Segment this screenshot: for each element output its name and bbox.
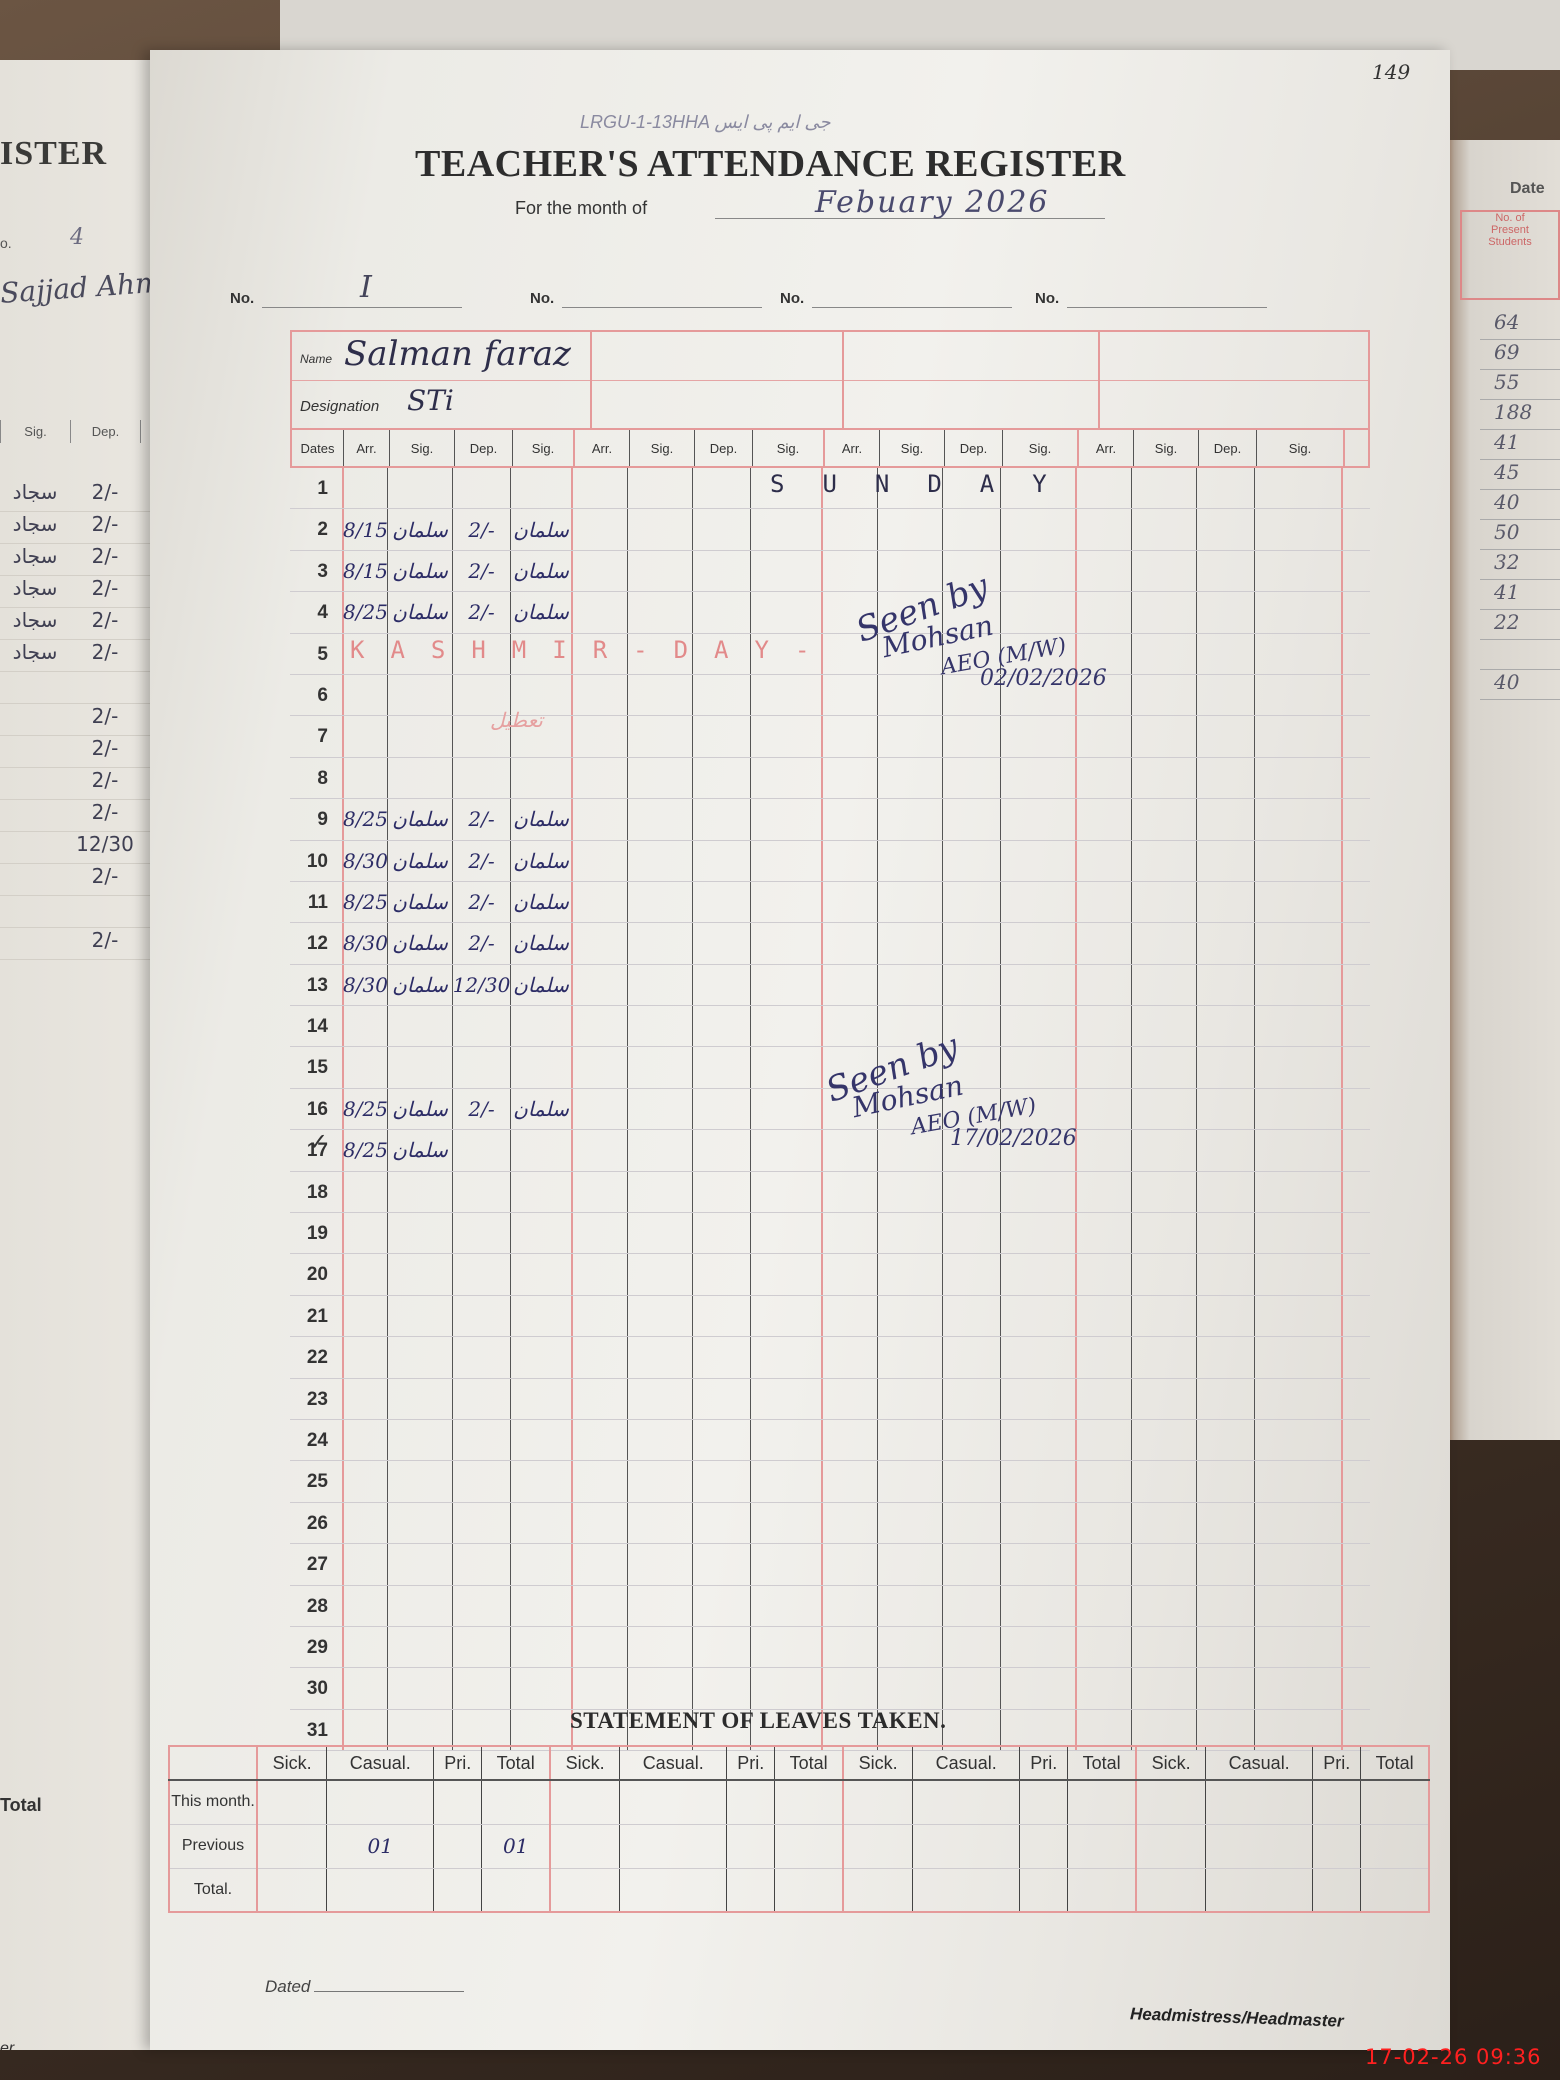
cell-group1-sig1[interactable]: سلمان: [388, 592, 453, 632]
cell-group4-sig2[interactable]: [1255, 1254, 1343, 1294]
cell-group3-sig2[interactable]: [1001, 1254, 1077, 1294]
cell-group2-sig1[interactable]: [628, 551, 693, 591]
cell-group3-sig1[interactable]: [878, 923, 943, 963]
cell-group3-dep[interactable]: [943, 882, 1001, 922]
cell-group2-sig2[interactable]: [751, 1627, 823, 1667]
cell-group1-dep[interactable]: [453, 1586, 511, 1626]
cell-group1-sig1[interactable]: [388, 758, 453, 798]
cell-group4-dep[interactable]: [1197, 1089, 1255, 1129]
cell-group1-sig1[interactable]: [388, 1503, 453, 1543]
cell-group4-dep[interactable]: [1197, 841, 1255, 881]
cell-group2-arr[interactable]: [573, 1006, 628, 1046]
cell-group1-dep[interactable]: [453, 1172, 511, 1212]
cell-group1-arr[interactable]: [342, 1337, 388, 1377]
cell-group2-sig1[interactable]: [628, 1130, 693, 1170]
cell-group2-sig2[interactable]: [751, 1668, 823, 1708]
leaves-cell-3-3[interactable]: [1020, 1824, 1068, 1868]
cell-group4-sig2[interactable]: [1255, 1172, 1343, 1212]
cell-group4-arr[interactable]: [1077, 1254, 1132, 1294]
leaves-cell-4-2[interactable]: [1206, 1780, 1313, 1824]
leaves-cell-2-3[interactable]: [727, 1780, 775, 1824]
teacher-no-field-4[interactable]: No.: [1035, 290, 1267, 308]
cell-group3-sig1[interactable]: [878, 1586, 943, 1626]
cell-group1-sig2[interactable]: سلمان: [511, 1089, 573, 1129]
cell-group2-arr[interactable]: [573, 1089, 628, 1129]
cell-group4-dep[interactable]: [1197, 468, 1255, 508]
cell-group4-sig2[interactable]: [1255, 923, 1343, 963]
cell-group2-sig2[interactable]: [751, 1420, 823, 1460]
cell-group4-sig1[interactable]: [1132, 509, 1197, 549]
cell-group2-sig1[interactable]: [628, 1544, 693, 1584]
cell-group2-sig1[interactable]: [628, 1337, 693, 1377]
cell-group1-sig1[interactable]: [388, 1254, 453, 1294]
cell-group3-sig1[interactable]: [878, 1420, 943, 1460]
cell-group3-sig1[interactable]: [878, 716, 943, 756]
cell-group1-arr[interactable]: 8/30: [342, 923, 388, 963]
cell-group1-sig1[interactable]: [388, 1006, 453, 1046]
cell-group4-arr[interactable]: [1077, 1130, 1132, 1170]
cell-group3-arr[interactable]: [823, 1503, 878, 1543]
cell-group4-sig2[interactable]: [1255, 1047, 1343, 1087]
cell-group4-arr[interactable]: [1077, 1337, 1132, 1377]
cell-group1-sig2[interactable]: [511, 1379, 573, 1419]
leaves-cell-2-1[interactable]: [550, 1780, 620, 1824]
cell-group3-arr[interactable]: [823, 1337, 878, 1377]
cell-group1-sig2[interactable]: سلمان: [511, 923, 573, 963]
cell-group3-sig2[interactable]: [1001, 1420, 1077, 1460]
cell-group4-sig1[interactable]: [1132, 551, 1197, 591]
cell-group2-dep[interactable]: [693, 551, 751, 591]
cell-group2-arr[interactable]: [573, 965, 628, 1005]
cell-group1-sig1[interactable]: [388, 1586, 453, 1626]
cell-group2-arr[interactable]: [573, 1254, 628, 1294]
leaves-cell-1-3[interactable]: [434, 1824, 482, 1868]
cell-group1-arr[interactable]: 8/15: [342, 509, 388, 549]
cell-group2-arr[interactable]: [573, 716, 628, 756]
cell-group2-sig2[interactable]: [751, 1503, 823, 1543]
cell-group3-dep[interactable]: [943, 1337, 1001, 1377]
cell-group3-sig2[interactable]: [1001, 882, 1077, 922]
cell-group2-sig1[interactable]: [628, 592, 693, 632]
cell-group1-arr[interactable]: 8/25: [342, 592, 388, 632]
cell-group4-arr[interactable]: [1077, 758, 1132, 798]
cell-group3-sig2[interactable]: [1001, 923, 1077, 963]
cell-group2-dep[interactable]: [693, 1254, 751, 1294]
cell-group4-dep[interactable]: [1197, 1254, 1255, 1294]
cell-group2-sig1[interactable]: [628, 1503, 693, 1543]
cell-group2-sig2[interactable]: [751, 1130, 823, 1170]
cell-group4-dep[interactable]: [1197, 965, 1255, 1005]
cell-group1-sig2[interactable]: [511, 1420, 573, 1460]
cell-group2-sig2[interactable]: [751, 1544, 823, 1584]
cell-group2-sig1[interactable]: [628, 1089, 693, 1129]
cell-group3-dep[interactable]: [943, 1420, 1001, 1460]
cell-group2-arr[interactable]: [573, 1130, 628, 1170]
cell-group4-arr[interactable]: [1077, 1627, 1132, 1667]
leaves-cell-1-2[interactable]: [327, 1780, 434, 1824]
leaves-cell-1-4[interactable]: [482, 1868, 550, 1912]
cell-group3-sig2[interactable]: [1001, 758, 1077, 798]
cell-group4-arr[interactable]: [1077, 1668, 1132, 1708]
cell-group2-sig2[interactable]: [751, 1296, 823, 1336]
cell-group1-arr[interactable]: [342, 1047, 388, 1087]
cell-group4-sig2[interactable]: [1255, 1544, 1343, 1584]
leaves-cell-4-4[interactable]: [1361, 1868, 1429, 1912]
cell-group1-arr[interactable]: 8/25: [342, 799, 388, 839]
cell-group2-arr[interactable]: [573, 1172, 628, 1212]
cell-group1-sig2[interactable]: سلمان: [511, 965, 573, 1005]
cell-group2-sig2[interactable]: [751, 1461, 823, 1501]
cell-group1-dep[interactable]: [453, 1254, 511, 1294]
cell-group1-sig2[interactable]: سلمان: [511, 799, 573, 839]
cell-group2-dep[interactable]: [693, 1172, 751, 1212]
cell-group1-sig1[interactable]: سلمان: [388, 799, 453, 839]
cell-group1-sig2[interactable]: [511, 1006, 573, 1046]
cell-group1-arr[interactable]: [342, 1254, 388, 1294]
cell-group3-dep[interactable]: [943, 1503, 1001, 1543]
cell-group3-sig1[interactable]: [878, 1461, 943, 1501]
cell-group1-sig1[interactable]: [388, 1296, 453, 1336]
cell-group3-dep[interactable]: [943, 1668, 1001, 1708]
cell-group2-sig1[interactable]: [628, 923, 693, 963]
cell-group4-arr[interactable]: [1077, 1047, 1132, 1087]
cell-group3-dep[interactable]: [943, 1379, 1001, 1419]
cell-group3-arr[interactable]: [823, 882, 878, 922]
cell-group2-dep[interactable]: [693, 923, 751, 963]
cell-group4-sig1[interactable]: [1132, 1254, 1197, 1294]
leaves-cell-2-3[interactable]: [727, 1868, 775, 1912]
cell-group3-arr[interactable]: [823, 965, 878, 1005]
cell-group2-dep[interactable]: [693, 1130, 751, 1170]
cell-group2-arr[interactable]: [573, 551, 628, 591]
cell-group2-dep[interactable]: [693, 1627, 751, 1667]
cell-group1-sig1[interactable]: [388, 1047, 453, 1087]
cell-group1-sig1[interactable]: [388, 1420, 453, 1460]
cell-group2-dep[interactable]: [693, 592, 751, 632]
cell-group2-arr[interactable]: [573, 1337, 628, 1377]
cell-group1-sig2[interactable]: سلمان: [511, 882, 573, 922]
cell-group4-sig1[interactable]: [1132, 1213, 1197, 1253]
cell-group1-dep[interactable]: [453, 1379, 511, 1419]
cell-group4-sig2[interactable]: [1255, 551, 1343, 591]
cell-group1-dep[interactable]: 2/-: [453, 799, 511, 839]
cell-group2-dep[interactable]: [693, 1461, 751, 1501]
cell-group1-arr[interactable]: 8/25: [342, 1089, 388, 1129]
cell-group4-sig1[interactable]: [1132, 799, 1197, 839]
cell-group4-arr[interactable]: [1077, 965, 1132, 1005]
teacher-info-cell-4[interactable]: [1100, 332, 1368, 428]
cell-group1-sig2[interactable]: سلمان: [511, 509, 573, 549]
cell-group2-sig1[interactable]: [628, 468, 693, 508]
cell-group3-dep[interactable]: [943, 1213, 1001, 1253]
cell-group2-arr[interactable]: [573, 1668, 628, 1708]
cell-group2-sig2[interactable]: [751, 1047, 823, 1087]
cell-group3-dep[interactable]: [943, 509, 1001, 549]
cell-group2-sig1[interactable]: [628, 1296, 693, 1336]
cell-group3-arr[interactable]: [823, 1627, 878, 1667]
teacher-no-field-3[interactable]: No.: [780, 290, 1012, 308]
leaves-cell-4-2[interactable]: [1206, 1868, 1313, 1912]
cell-group2-sig1[interactable]: [628, 1213, 693, 1253]
cell-group4-arr[interactable]: [1077, 1089, 1132, 1129]
leaves-cell-3-2[interactable]: [913, 1824, 1020, 1868]
leaves-cell-2-4[interactable]: [775, 1780, 843, 1824]
cell-group1-sig2[interactable]: [511, 1627, 573, 1667]
cell-group1-sig1[interactable]: [388, 1172, 453, 1212]
cell-group1-sig2[interactable]: [511, 1213, 573, 1253]
cell-group3-arr[interactable]: [823, 1420, 878, 1460]
cell-group1-sig1[interactable]: [388, 716, 453, 756]
cell-group1-sig1[interactable]: [388, 1627, 453, 1667]
cell-group1-arr[interactable]: [342, 1461, 388, 1501]
cell-group4-sig2[interactable]: [1255, 509, 1343, 549]
cell-group4-sig1[interactable]: [1132, 1296, 1197, 1336]
teacher-info-cell-1[interactable]: Name Salman faraz Designation STi: [292, 332, 592, 428]
cell-group2-dep[interactable]: [693, 841, 751, 881]
cell-group2-dep[interactable]: [693, 675, 751, 715]
cell-group3-sig2[interactable]: [1001, 1172, 1077, 1212]
cell-group3-dep[interactable]: [943, 799, 1001, 839]
cell-group2-sig1[interactable]: [628, 1006, 693, 1046]
cell-group4-dep[interactable]: [1197, 1213, 1255, 1253]
cell-group2-arr[interactable]: [573, 1627, 628, 1667]
cell-group1-sig1[interactable]: سلمان: [388, 509, 453, 549]
cell-group2-arr[interactable]: [573, 675, 628, 715]
cell-group4-dep[interactable]: [1197, 551, 1255, 591]
cell-group1-sig2[interactable]: سلمان: [511, 841, 573, 881]
cell-group4-sig1[interactable]: [1132, 675, 1197, 715]
cell-group1-dep[interactable]: 2/-: [453, 923, 511, 963]
cell-group2-arr[interactable]: [573, 468, 628, 508]
cell-group1-arr[interactable]: [342, 1668, 388, 1708]
cell-group3-sig1[interactable]: [878, 882, 943, 922]
cell-group2-sig2[interactable]: [751, 1254, 823, 1294]
cell-group4-arr[interactable]: [1077, 468, 1132, 508]
month-value[interactable]: Febuary 2026: [815, 185, 1050, 220]
cell-group2-arr[interactable]: [573, 1047, 628, 1087]
cell-group2-dep[interactable]: [693, 1089, 751, 1129]
teacher-no-field-2[interactable]: No.: [530, 290, 762, 308]
cell-group1-sig2[interactable]: [511, 1047, 573, 1087]
cell-group1-sig1[interactable]: سلمان: [388, 841, 453, 881]
cell-group2-sig2[interactable]: [751, 965, 823, 1005]
cell-group3-sig2[interactable]: [1001, 1503, 1077, 1543]
cell-group4-sig2[interactable]: [1255, 1420, 1343, 1460]
cell-group4-sig2[interactable]: [1255, 758, 1343, 798]
cell-group4-sig1[interactable]: [1132, 468, 1197, 508]
cell-group4-dep[interactable]: [1197, 1420, 1255, 1460]
cell-group3-sig2[interactable]: [1001, 716, 1077, 756]
cell-group3-arr[interactable]: [823, 1544, 878, 1584]
cell-group4-sig1[interactable]: [1132, 923, 1197, 963]
cell-group4-sig2[interactable]: [1255, 1337, 1343, 1377]
leaves-cell-2-2[interactable]: [620, 1868, 727, 1912]
cell-group4-arr[interactable]: [1077, 1461, 1132, 1501]
cell-group4-arr[interactable]: [1077, 1420, 1132, 1460]
cell-group1-arr[interactable]: 8/25: [342, 1130, 388, 1170]
cell-group4-dep[interactable]: [1197, 882, 1255, 922]
cell-group3-dep[interactable]: [943, 1172, 1001, 1212]
leaves-cell-3-1[interactable]: [843, 1868, 913, 1912]
cell-group4-arr[interactable]: [1077, 1172, 1132, 1212]
cell-group3-arr[interactable]: [823, 716, 878, 756]
cell-group4-sig1[interactable]: [1132, 1420, 1197, 1460]
cell-group2-dep[interactable]: [693, 1379, 751, 1419]
cell-group3-sig1[interactable]: [878, 1172, 943, 1212]
cell-group1-dep[interactable]: 2/-: [453, 551, 511, 591]
cell-group2-sig1[interactable]: [628, 675, 693, 715]
cell-group1-sig2[interactable]: [511, 468, 573, 508]
cell-group3-sig2[interactable]: [1001, 1379, 1077, 1419]
cell-group2-sig2[interactable]: [751, 1213, 823, 1253]
cell-group3-sig2[interactable]: [1001, 1296, 1077, 1336]
cell-group1-sig1[interactable]: [388, 468, 453, 508]
leaves-cell-3-1[interactable]: [843, 1780, 913, 1824]
cell-group2-dep[interactable]: [693, 799, 751, 839]
cell-group4-sig2[interactable]: [1255, 882, 1343, 922]
cell-group4-dep[interactable]: [1197, 1627, 1255, 1667]
leaves-cell-4-1[interactable]: [1136, 1868, 1206, 1912]
cell-group4-dep[interactable]: [1197, 1379, 1255, 1419]
leaves-cell-3-1[interactable]: [843, 1824, 913, 1868]
cell-group1-sig1[interactable]: [388, 1337, 453, 1377]
cell-group1-sig1[interactable]: سلمان: [388, 551, 453, 591]
cell-group3-arr[interactable]: [823, 1254, 878, 1294]
cell-group3-sig1[interactable]: [878, 965, 943, 1005]
cell-group3-dep[interactable]: [943, 716, 1001, 756]
cell-group1-dep[interactable]: [453, 1337, 511, 1377]
cell-group4-sig2[interactable]: [1255, 1130, 1343, 1170]
cell-group4-dep[interactable]: [1197, 1668, 1255, 1708]
cell-group2-sig2[interactable]: [751, 509, 823, 549]
cell-group2-dep[interactable]: [693, 1213, 751, 1253]
cell-group4-sig1[interactable]: [1132, 1337, 1197, 1377]
cell-group3-sig1[interactable]: [878, 1627, 943, 1667]
cell-group1-dep[interactable]: [453, 758, 511, 798]
cell-group1-arr[interactable]: [342, 758, 388, 798]
cell-group4-sig2[interactable]: [1255, 799, 1343, 839]
cell-group1-arr[interactable]: [342, 1213, 388, 1253]
cell-group2-dep[interactable]: [693, 758, 751, 798]
cell-group1-dep[interactable]: 2/-: [453, 1089, 511, 1129]
cell-group2-dep[interactable]: [693, 965, 751, 1005]
cell-group1-dep[interactable]: 2/-: [453, 882, 511, 922]
cell-group2-sig2[interactable]: [751, 1337, 823, 1377]
cell-group1-sig2[interactable]: [511, 1172, 573, 1212]
leaves-cell-4-4[interactable]: [1361, 1824, 1429, 1868]
cell-group1-sig1[interactable]: [388, 1213, 453, 1253]
cell-group1-dep[interactable]: [453, 1006, 511, 1046]
cell-group2-sig2[interactable]: [751, 841, 823, 881]
cell-group2-sig2[interactable]: [751, 1172, 823, 1212]
cell-group3-arr[interactable]: [823, 1461, 878, 1501]
cell-group4-sig1[interactable]: [1132, 882, 1197, 922]
cell-group4-arr[interactable]: [1077, 841, 1132, 881]
cell-group4-sig2[interactable]: [1255, 1503, 1343, 1543]
cell-group4-sig2[interactable]: [1255, 634, 1343, 674]
cell-group3-sig1[interactable]: [878, 1668, 943, 1708]
cell-group3-sig2[interactable]: [1001, 1337, 1077, 1377]
cell-group2-arr[interactable]: [573, 1213, 628, 1253]
cell-group4-sig2[interactable]: [1255, 1213, 1343, 1253]
cell-group1-arr[interactable]: [342, 675, 388, 715]
leaves-cell-3-2[interactable]: [913, 1780, 1020, 1824]
cell-group2-arr[interactable]: [573, 1379, 628, 1419]
cell-group1-sig1[interactable]: [388, 1379, 453, 1419]
cell-group1-sig1[interactable]: [388, 1544, 453, 1584]
leaves-cell-4-1[interactable]: [1136, 1824, 1206, 1868]
cell-group3-arr[interactable]: [823, 923, 878, 963]
cell-group3-arr[interactable]: [823, 1213, 878, 1253]
cell-group2-sig1[interactable]: [628, 1047, 693, 1087]
cell-group4-sig1[interactable]: [1132, 1668, 1197, 1708]
leaves-cell-2-4[interactable]: [775, 1824, 843, 1868]
cell-group4-sig2[interactable]: [1255, 965, 1343, 1005]
cell-group4-sig1[interactable]: [1132, 1006, 1197, 1046]
leaves-cell-3-4[interactable]: [1068, 1824, 1136, 1868]
cell-group4-sig2[interactable]: [1255, 1627, 1343, 1667]
cell-group4-sig1[interactable]: [1132, 1130, 1197, 1170]
cell-group2-dep[interactable]: [693, 468, 751, 508]
cell-group4-sig2[interactable]: [1255, 1668, 1343, 1708]
leaves-cell-3-2[interactable]: [913, 1868, 1020, 1912]
cell-group3-sig1[interactable]: [878, 841, 943, 881]
cell-group2-arr[interactable]: [573, 758, 628, 798]
leaves-cell-4-1[interactable]: [1136, 1780, 1206, 1824]
cell-group4-sig1[interactable]: [1132, 1379, 1197, 1419]
cell-group1-sig1[interactable]: [388, 1461, 453, 1501]
cell-group4-sig1[interactable]: [1132, 1544, 1197, 1584]
cell-group4-dep[interactable]: [1197, 634, 1255, 674]
cell-group2-arr[interactable]: [573, 799, 628, 839]
cell-group4-arr[interactable]: [1077, 1379, 1132, 1419]
cell-group4-sig1[interactable]: [1132, 592, 1197, 632]
cell-group3-dep[interactable]: [943, 758, 1001, 798]
cell-group3-arr[interactable]: [823, 1379, 878, 1419]
cell-group2-dep[interactable]: [693, 1337, 751, 1377]
leaves-cell-1-2[interactable]: [327, 1868, 434, 1912]
leaves-cell-4-3[interactable]: [1313, 1780, 1361, 1824]
cell-group1-arr[interactable]: 8/25: [342, 882, 388, 922]
dated-field[interactable]: Dated: [265, 1977, 464, 1997]
cell-group2-arr[interactable]: [573, 882, 628, 922]
cell-group4-sig1[interactable]: [1132, 634, 1197, 674]
cell-group1-dep[interactable]: [453, 468, 511, 508]
cell-group4-sig2[interactable]: [1255, 841, 1343, 881]
teacher-info-cell-2[interactable]: [592, 332, 844, 428]
cell-group1-sig2[interactable]: [511, 1586, 573, 1626]
cell-group3-arr[interactable]: [823, 1296, 878, 1336]
cell-group3-dep[interactable]: [943, 1586, 1001, 1626]
cell-group4-dep[interactable]: [1197, 799, 1255, 839]
leaves-cell-2-4[interactable]: [775, 1868, 843, 1912]
cell-group2-sig1[interactable]: [628, 1172, 693, 1212]
cell-group4-sig2[interactable]: [1255, 1586, 1343, 1626]
cell-group3-sig1[interactable]: [878, 758, 943, 798]
cell-group1-sig1[interactable]: سلمان: [388, 882, 453, 922]
cell-group1-dep[interactable]: [453, 1668, 511, 1708]
cell-group4-sig2[interactable]: [1255, 1379, 1343, 1419]
cell-group2-arr[interactable]: [573, 509, 628, 549]
cell-group1-dep[interactable]: 2/-: [453, 841, 511, 881]
cell-group1-sig2[interactable]: [511, 1296, 573, 1336]
cell-group4-arr[interactable]: [1077, 882, 1132, 922]
cell-group2-sig2[interactable]: [751, 592, 823, 632]
leaves-cell-1-1[interactable]: [257, 1868, 327, 1912]
cell-group4-sig1[interactable]: [1132, 1503, 1197, 1543]
cell-group2-dep[interactable]: [693, 882, 751, 922]
cell-group4-sig2[interactable]: [1255, 675, 1343, 715]
